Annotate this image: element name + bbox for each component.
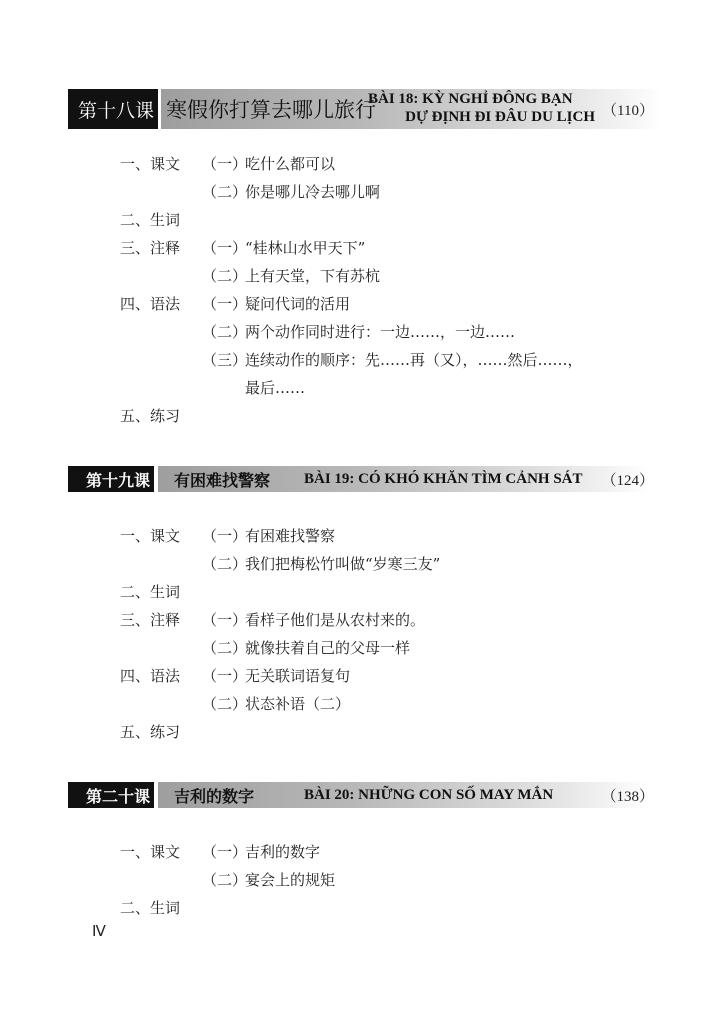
toc-section: 三、注释 xyxy=(120,238,180,258)
toc-section: 一、课文 xyxy=(120,154,180,174)
toc-section: 四、语法 xyxy=(120,666,180,686)
toc-sub: （一） xyxy=(202,526,247,546)
lesson-title-vn: BÀI 18: KỲ NGHỈ ĐÔNG BẠN DỰ ĐỊNH ĐI ĐÂU … xyxy=(368,90,595,126)
toc-sub: （一） xyxy=(202,842,247,862)
lesson-20-header: 第二十课 吉利的数字 BÀI 20: NHỮNG CON SỐ MAY MẮN … xyxy=(68,782,668,808)
lesson-title-cn: 吉利的数字 xyxy=(174,782,254,808)
toc-item: 上有天堂，下有苏杭 xyxy=(245,266,380,286)
toc-item: 宴会上的规矩 xyxy=(245,870,335,890)
toc-item: 我们把梅松竹叫做“岁寒三友” xyxy=(245,554,440,574)
lesson-number: 第十八课 xyxy=(68,89,158,129)
toc-item: 连续动作的顺序：先……再（又），……然后……， xyxy=(245,350,583,370)
lesson-title-vn: BÀI 20: NHỮNG CON SỐ MAY MẮN xyxy=(304,782,553,808)
toc-sub: （一） xyxy=(202,610,247,630)
toc-section: 二、生词 xyxy=(120,582,180,602)
toc-sub: （二） xyxy=(202,182,247,202)
toc-item: 无关联词语复句 xyxy=(245,666,350,686)
lesson-title-vn-line1: BÀI 18: KỲ NGHỈ ĐÔNG BẠN xyxy=(368,90,595,108)
toc-item: 疑问代词的活用 xyxy=(245,294,350,314)
toc-item: 吉利的数字 xyxy=(245,842,320,862)
lesson-page-number: （110） xyxy=(602,89,654,129)
toc-sub: （二） xyxy=(202,322,247,342)
toc-item: “桂林山水甲天下” xyxy=(245,238,365,258)
toc-item: 有困难找警察 xyxy=(245,526,335,546)
lesson-title-cn: 有困难找警察 xyxy=(174,466,270,492)
toc-sub: （二） xyxy=(202,694,247,714)
toc-sub: （三） xyxy=(202,350,247,370)
lesson-number: 第十九课 xyxy=(68,466,154,492)
lesson-title-vn-line2: DỰ ĐỊNH ĐI ĐÂU DU LỊCH xyxy=(368,108,595,126)
toc-sub: （一） xyxy=(202,666,247,686)
toc-section: 一、课文 xyxy=(120,526,180,546)
lesson-18-header: 第十八课 寒假你打算去哪儿旅行 BÀI 18: KỲ NGHỈ ĐÔNG BẠN… xyxy=(68,89,668,129)
lesson-number: 第二十课 xyxy=(68,782,154,808)
lesson-title-vn: BÀI 19: CÓ KHÓ KHĂN TÌM CẢNH SÁT xyxy=(304,466,583,492)
toc-sub: （二） xyxy=(202,638,247,658)
toc-sub: （二） xyxy=(202,554,247,574)
toc-sub: （一） xyxy=(202,154,247,174)
page-folio: Ⅳ xyxy=(92,922,106,941)
toc-section: 四、语法 xyxy=(120,294,180,314)
lesson-page-number: （138） xyxy=(601,782,654,808)
toc-section: 五、练习 xyxy=(120,406,180,426)
toc-item: 看样子他们是从农村来的。 xyxy=(245,610,425,630)
toc-item: 就像扶着自己的父母一样 xyxy=(245,638,410,658)
toc-section: 五、练习 xyxy=(120,722,180,742)
toc-item: 吃什么都可以 xyxy=(245,154,335,174)
toc-section: 一、课文 xyxy=(120,842,180,862)
toc-sub: （二） xyxy=(202,266,247,286)
toc-item: 状态补语（二） xyxy=(245,694,350,714)
lesson-19-header: 第十九课 有困难找警察 BÀI 19: CÓ KHÓ KHĂN TÌM CẢNH… xyxy=(68,466,668,492)
toc-section: 二、生词 xyxy=(120,210,180,230)
lesson-title-cn: 寒假你打算去哪儿旅行 xyxy=(166,89,376,129)
lesson-page-number: （124） xyxy=(601,466,654,492)
toc-sub: （一） xyxy=(202,294,247,314)
toc-section: 三、注释 xyxy=(120,610,180,630)
toc-section: 二、生词 xyxy=(120,898,180,918)
toc-item: 两个动作同时进行：一边……，一边…… xyxy=(245,322,515,342)
toc-item: 最后…… xyxy=(245,378,305,398)
toc-item: 你是哪儿冷去哪儿啊 xyxy=(245,182,380,202)
toc-sub: （一） xyxy=(202,238,247,258)
toc-sub: （二） xyxy=(202,870,247,890)
